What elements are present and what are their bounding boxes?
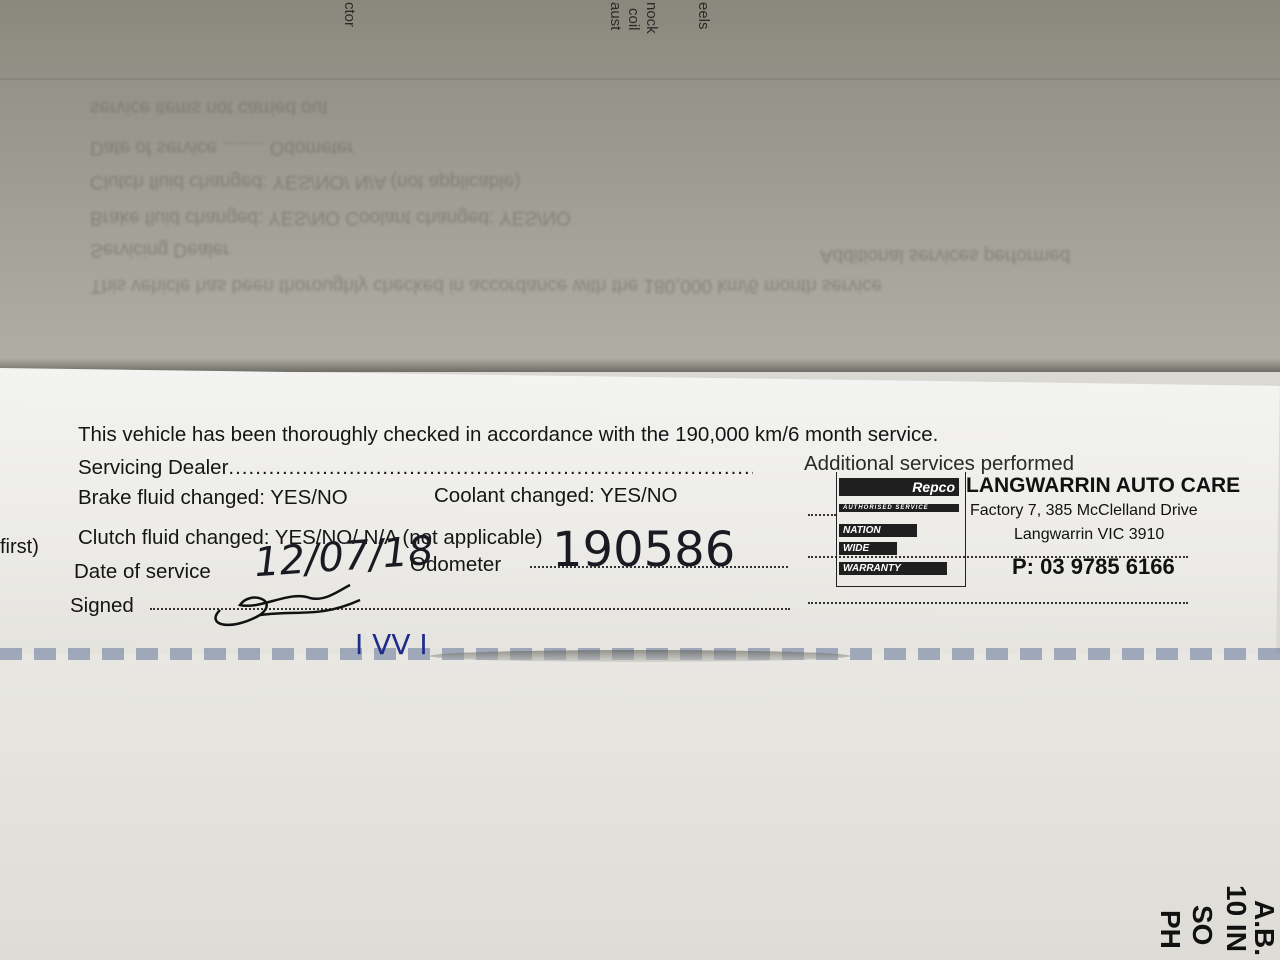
rotated-text: eels [695,2,712,30]
date-of-service-label: Date of service [74,560,211,583]
odometer-label: Odometer [410,553,501,577]
servicing-dealer-label: Servicing Dealer [78,456,228,479]
servicing-dealer-row: Servicing Dealer........................… [78,456,753,480]
dealer-address-line1: Factory 7, 385 McClelland Drive [970,502,1198,520]
background-logbook-page: ctor nock coil aust eels service items n… [0,0,1280,372]
dealer-address-line2: Langwarrin VIC 3910 [1014,526,1164,544]
handwriting-fragment: I VV I [355,628,428,661]
signature-scribble [200,570,380,630]
service-intro: This vehicle has been thoroughly checked… [78,423,938,447]
repco-stamp: Repco AUTHORISED SERVICE NATION WIDE WAR… [836,472,966,587]
signed-label: Signed [70,594,134,618]
bleed-through-text: service items not carried out [90,96,328,118]
dealer-name: LANGWARRIN AUTO CARE [966,474,1240,498]
additional-dotted-line [808,602,1188,604]
authorised-service-label: AUTHORISED SERVICE [839,504,959,512]
date-of-service-row: Date of service [74,560,211,584]
warranty-warranty: WARRANTY [839,562,947,575]
coolant-label: Coolant changed: YES/NO [434,484,678,508]
rotated-text: aust [607,2,624,30]
page-fold-line [0,78,1280,80]
lower-page [0,654,1280,960]
bleed-through-text: Servicing Dealer [90,238,229,260]
rotated-text: nock [643,2,660,34]
rotated-text: ctor [341,2,358,27]
additional-dotted-line [808,514,836,516]
brake-fluid-label: Brake fluid changed: YES/NO [78,486,348,510]
bleed-through-text: Brake fluid changed: YES/NO Coolant chan… [90,206,571,228]
bleed-through-text: This vehicle has been thoroughly checked… [90,274,882,296]
corner-text: A.B. [1248,900,1280,956]
dotted-line: ........................................… [228,456,753,480]
rotated-text: coil [625,8,642,31]
handwritten-odometer: 190586 [552,522,735,578]
side-text: first) [0,536,39,559]
warranty-nation: NATION [839,524,917,537]
bleed-through-text: Additional services performed [820,244,1070,266]
bleed-through-text: Clutch fluid changed: YES/NO/ N/A (not a… [90,170,521,192]
corner-text: 10 IN [1220,885,1252,952]
warranty-wide: WIDE [839,542,897,555]
dealer-phone: P: 03 9785 6166 [1012,554,1175,580]
page-edge-shadow [430,650,850,662]
corner-text: SO [1186,905,1218,945]
odometer-dotted-line [530,566,788,568]
repco-logo: Repco [839,478,959,496]
bleed-through-text: Date of service ........ Odometer [90,136,354,158]
corner-text: PH [1154,910,1186,949]
